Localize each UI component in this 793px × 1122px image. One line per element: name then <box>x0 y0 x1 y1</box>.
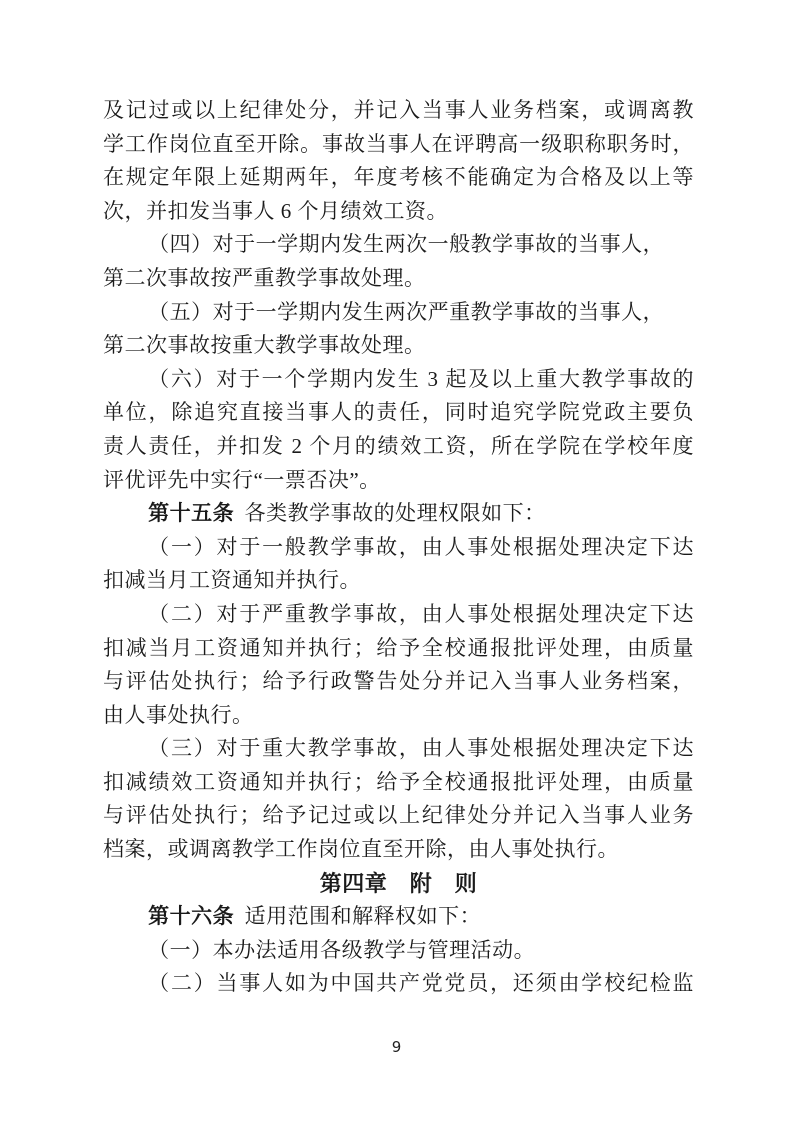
article-number: 第十六条 <box>148 904 234 928</box>
page-number: 9 <box>0 1038 793 1056</box>
text-line: 次，并扣发当事人 6 个月绩效工资。 <box>103 195 694 229</box>
text-line: 第二次事故按重大教学事故处理。 <box>103 329 694 363</box>
text-line: 第十六条适用范围和解释权如下： <box>103 900 694 934</box>
text-line: 及记过或以上纪律处分，并记入当事人业务档案，或调离教 <box>103 94 694 128</box>
text-line: 扣减当月工资通知并执行。 <box>103 564 694 598</box>
text-line: 在规定年限上延期两年，年度考核不能确定为合格及以上等 <box>103 161 694 195</box>
text-line: （五）对于一学期内发生两次严重教学事故的当事人， <box>103 296 694 330</box>
article-text: 适用范围和解释权如下： <box>245 904 482 928</box>
text-line: 与评估处执行；给予记过或以上纪律处分并记入当事人业务 <box>103 799 694 833</box>
text-line: （六）对于一个学期内发生 3 起及以上重大教学事故的 <box>103 363 694 397</box>
text-line: （二）对于严重教学事故，由人事处根据处理决定下达 <box>103 598 694 632</box>
text-line: 第二次事故按严重教学事故处理。 <box>103 262 694 296</box>
article-number: 第十五条 <box>148 501 234 525</box>
text-line: 扣减绩效工资通知并执行；给予全校通报批评处理，由质量 <box>103 766 694 800</box>
text-line: 学工作岗位直至开除。事故当事人在评聘高一级职称职务时， <box>103 128 694 162</box>
text-line: 与评估处执行；给予行政警告处分并记入当事人业务档案， <box>103 665 694 699</box>
text-line: （四）对于一学期内发生两次一般教学事故的当事人， <box>103 228 694 262</box>
chapter-heading: 第四章 附 则 <box>103 867 694 901</box>
text-line: 扣减当月工资通知并执行；给予全校通报批评处理，由质量 <box>103 632 694 666</box>
text-line: （一）对于一般教学事故，由人事处根据处理决定下达 <box>103 531 694 565</box>
text-line: 评优评先中实行“一票否决”。 <box>103 464 694 498</box>
text-line: （三）对于重大教学事故，由人事处根据处理决定下达 <box>103 732 694 766</box>
text-line: 第十五条各类教学事故的处理权限如下： <box>103 497 694 531</box>
text-line: （二）当事人如为中国共产党党员，还须由学校纪检监 <box>103 967 694 1001</box>
document-page: 及记过或以上纪律处分，并记入当事人业务档案，或调离教学工作岗位直至开除。事故当事… <box>0 0 793 1122</box>
text-line: （一）本办法适用各级教学与管理活动。 <box>103 934 694 968</box>
text-line: 责人责任，并扣发 2 个月的绩效工资，所在学院在学校年度 <box>103 430 694 464</box>
article-text: 各类教学事故的处理权限如下： <box>245 501 546 525</box>
document-body: 及记过或以上纪律处分，并记入当事人业务档案，或调离教学工作岗位直至开除。事故当事… <box>103 94 694 1001</box>
text-line: 单位，除追究直接当事人的责任，同时追究学院党政主要负 <box>103 396 694 430</box>
text-line: 档案，或调离教学工作岗位直至开除，由人事处执行。 <box>103 833 694 867</box>
text-line: 由人事处执行。 <box>103 699 694 733</box>
